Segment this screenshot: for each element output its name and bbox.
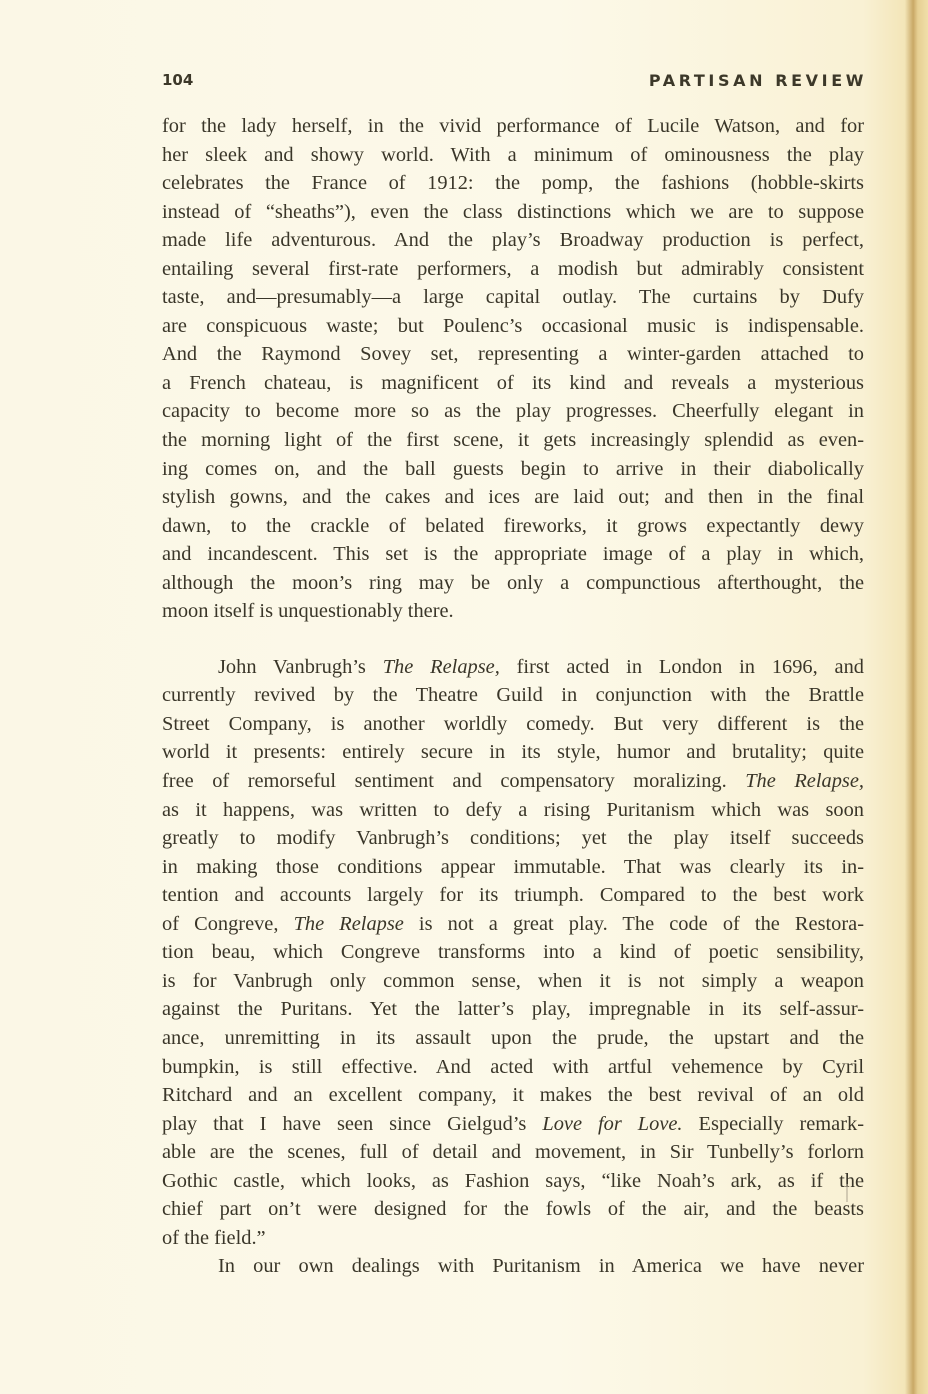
- text-segment: And the Raymond Sovey set, representing …: [162, 343, 864, 365]
- text-segment: capacity to become more so as the play p…: [162, 400, 864, 422]
- scan-artifact: [846, 1184, 848, 1202]
- text-line: although the moon’s ring may be only a c…: [162, 569, 864, 598]
- text-segment: a French chateau, is magnificent of its …: [162, 372, 864, 394]
- text-segment: free of remorseful sentiment and compens…: [162, 770, 745, 792]
- text-line: are conspicuous waste; but Poulenc’s occ…: [162, 312, 864, 341]
- text-line: in making those conditions appear immuta…: [162, 853, 864, 882]
- text-line: world it presents: entirely secure in it…: [162, 738, 864, 767]
- text-segment: are conspicuous waste; but Poulenc’s occ…: [162, 315, 864, 337]
- text-segment: stylish gowns, and the cakes and ices ar…: [162, 486, 864, 508]
- text-segment: John Vanbrugh’s: [218, 656, 383, 678]
- text-line: able are the scenes, full of detail and …: [162, 1138, 864, 1167]
- text-line: tention and accounts largely for its tri…: [162, 881, 864, 910]
- text-segment: moon itself is unquestionably there.: [162, 600, 454, 622]
- text-line: capacity to become more so as the play p…: [162, 397, 864, 426]
- text-segment: bumpkin, is still effective. And acted w…: [162, 1056, 864, 1078]
- text-segment: is for Vanbrugh only common sense, when …: [162, 970, 864, 992]
- text-segment: is not a great play. The code of the Res…: [404, 913, 864, 935]
- text-segment: Ritchard and an excellent company, it ma…: [162, 1084, 864, 1106]
- text-segment: made life adventurous. And the play’s Br…: [162, 229, 864, 251]
- text-line: against the Puritans. Yet the latter’s p…: [162, 995, 864, 1024]
- text-segment: as it happens, was written to defy a ris…: [162, 799, 864, 821]
- text-line: tion beau, which Congreve transforms int…: [162, 938, 864, 967]
- text-segment: Especially remark-: [683, 1113, 864, 1135]
- text-segment: able are the scenes, full of detail and …: [162, 1141, 864, 1163]
- text-line: greatly to modify Vanbrugh’s conditions;…: [162, 824, 864, 853]
- body-text: for the lady herself, in the vivid perfo…: [162, 112, 864, 1281]
- text-line: Street Company, is another worldly comed…: [162, 710, 864, 739]
- text-segment: although the moon’s ring may be only a c…: [162, 572, 864, 594]
- text-segment: and incandescent. This set is the approp…: [162, 543, 864, 565]
- text-segment: entailing several first-rate performers,…: [162, 258, 864, 280]
- text-line: the morning light of the first scene, it…: [162, 426, 864, 455]
- text-line: currently revived by the Theatre Guild i…: [162, 681, 864, 710]
- running-head: 104 PARTISAN REVIEW: [162, 68, 864, 92]
- text-line: for the lady herself, in the vivid perfo…: [162, 112, 864, 141]
- text-line: bumpkin, is still effective. And acted w…: [162, 1053, 864, 1082]
- text-segment: of the field.”: [162, 1227, 266, 1249]
- text-line: Gothic castle, which looks, as Fashion s…: [162, 1167, 864, 1196]
- text-segment: chief part on’t were designed for the fo…: [162, 1198, 864, 1220]
- journal-title: PARTISAN REVIEW: [649, 71, 867, 90]
- text-segment: in making those conditions appear immuta…: [162, 856, 864, 878]
- text-line: entailing several first-rate performers,…: [162, 255, 864, 284]
- text-line: moon itself is unquestionably there.: [162, 597, 864, 626]
- text-segment: of Congreve,: [162, 913, 294, 935]
- text-line: taste, and—presumably—a large capital ou…: [162, 283, 864, 312]
- text-segment: for the lady herself, in the vivid perfo…: [162, 115, 864, 137]
- text-line: free of remorseful sentiment and compens…: [162, 767, 864, 796]
- book-page: 104 PARTISAN REVIEW for the lady herself…: [0, 0, 928, 1394]
- text-segment: dawn, to the crackle of belated firework…: [162, 515, 864, 537]
- text-segment: against the Puritans. Yet the latter’s p…: [162, 998, 864, 1020]
- text-segment: tention and accounts largely for its tri…: [162, 884, 864, 906]
- page-number: 104: [162, 71, 193, 89]
- italic-title: The Relapse,: [383, 656, 500, 678]
- text-line: ance, unremitting in its assault upon th…: [162, 1024, 864, 1053]
- text-line: as it happens, was written to defy a ris…: [162, 796, 864, 825]
- text-segment: currently revived by the Theatre Guild i…: [162, 684, 864, 706]
- paragraph: In our own dealings with Puritanism in A…: [162, 1252, 864, 1281]
- text-line: celebrates the France of 1912: the pomp,…: [162, 169, 864, 198]
- text-line: made life adventurous. And the play’s Br…: [162, 226, 864, 255]
- text-segment: ance, unremitting in its assault upon th…: [162, 1027, 864, 1049]
- text-line: John Vanbrugh’s The Relapse, first acted…: [162, 653, 864, 682]
- text-segment: world it presents: entirely secure in it…: [162, 741, 864, 763]
- text-segment: play that I have seen since Gielgud’s: [162, 1113, 542, 1135]
- text-segment: the morning light of the first scene, it…: [162, 429, 864, 451]
- text-line: of the field.”: [162, 1224, 864, 1253]
- text-segment: ing comes on, and the ball guests begin …: [162, 458, 864, 480]
- text-segment: celebrates the France of 1912: the pomp,…: [162, 172, 864, 194]
- paragraph: John Vanbrugh’s The Relapse, first acted…: [162, 653, 864, 1252]
- text-segment: greatly to modify Vanbrugh’s conditions;…: [162, 827, 864, 849]
- text-segment: instead of “sheaths”), even the class di…: [162, 201, 864, 223]
- text-line: ing comes on, and the ball guests begin …: [162, 455, 864, 484]
- italic-title: The Relapse: [294, 913, 404, 935]
- paragraph: for the lady herself, in the vivid perfo…: [162, 112, 864, 626]
- text-segment: her sleek and showy world. With a minimu…: [162, 144, 864, 166]
- italic-title: The Relapse,: [745, 770, 864, 792]
- text-line: a French chateau, is magnificent of its …: [162, 369, 864, 398]
- text-segment: Gothic castle, which looks, as Fashion s…: [162, 1170, 864, 1192]
- text-segment: first acted in London in 1696, and: [500, 656, 864, 678]
- text-segment: In our own dealings with Puritanism in A…: [218, 1255, 864, 1277]
- text-line: And the Raymond Sovey set, representing …: [162, 340, 864, 369]
- text-line: dawn, to the crackle of belated firework…: [162, 512, 864, 541]
- text-line: her sleek and showy world. With a minimu…: [162, 141, 864, 170]
- text-line: In our own dealings with Puritanism in A…: [162, 1252, 864, 1281]
- paragraph-gap: [162, 626, 864, 653]
- text-segment: Street Company, is another worldly comed…: [162, 713, 864, 735]
- text-line: of Congreve, The Relapse is not a great …: [162, 910, 864, 939]
- text-line: instead of “sheaths”), even the class di…: [162, 198, 864, 227]
- text-line: stylish gowns, and the cakes and ices ar…: [162, 483, 864, 512]
- text-segment: taste, and—presumably—a large capital ou…: [162, 286, 864, 308]
- italic-title: Love for Love.: [542, 1113, 682, 1135]
- text-line: Ritchard and an excellent company, it ma…: [162, 1081, 864, 1110]
- text-line: and incandescent. This set is the approp…: [162, 540, 864, 569]
- text-line: chief part on’t were designed for the fo…: [162, 1195, 864, 1224]
- text-line: is for Vanbrugh only common sense, when …: [162, 967, 864, 996]
- text-line: play that I have seen since Gielgud’s Lo…: [162, 1110, 864, 1139]
- text-segment: tion beau, which Congreve transforms int…: [162, 941, 864, 963]
